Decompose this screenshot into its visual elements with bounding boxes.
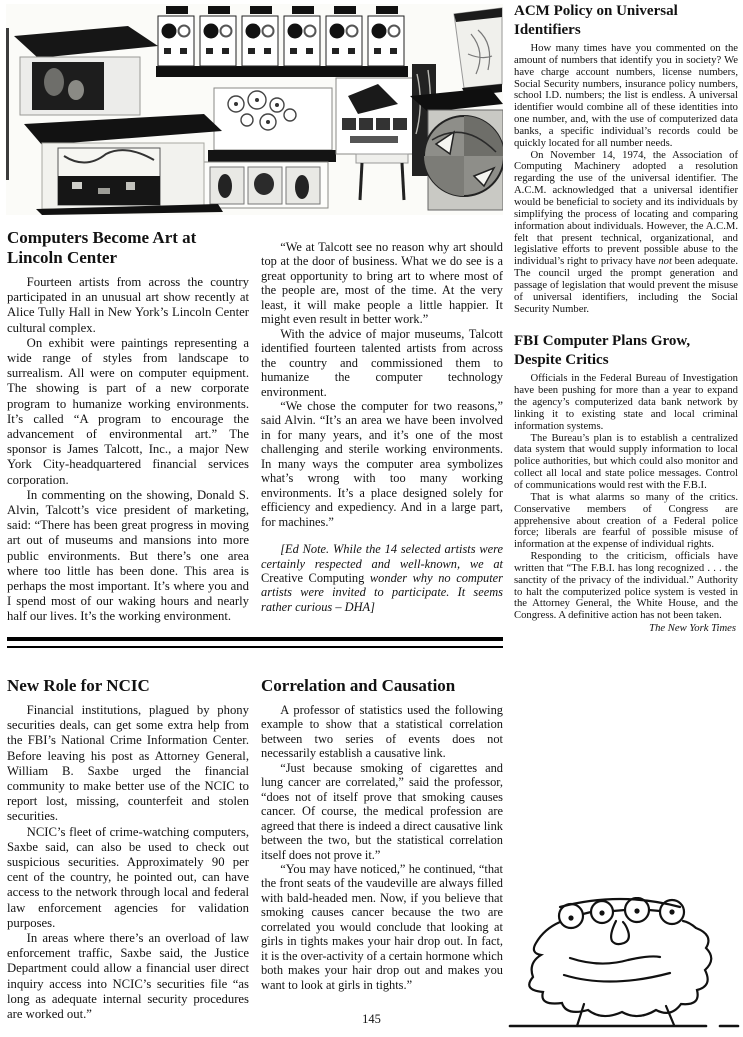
source-attribution: The New York Times: [514, 623, 736, 635]
fbi-paragraph: The Bureau’s plan is to establish a cent…: [514, 433, 738, 492]
magazine-page: Computers Become Art at Lincoln Center F…: [0, 0, 743, 1037]
lincoln-paragraph: “We at Talcott see no reason why art sho…: [261, 240, 503, 327]
exhibit-photo: [6, 4, 503, 215]
lincoln-paragraph: With the advice of major museums, Talcot…: [261, 327, 503, 399]
page-number: 145: [0, 1012, 743, 1027]
ncic-paragraph: Financial institutions, plagued by phony…: [7, 703, 249, 825]
lincoln-paragraph: On exhibit were paintings representing a…: [7, 336, 249, 488]
exhibit-photo-graphic: [6, 4, 503, 215]
article-correlation: Correlation and Causation A professor of…: [261, 676, 503, 992]
editor-note-brand: Creative Computing: [261, 571, 364, 585]
acm-paragraph: How many times have you commented on the…: [514, 43, 738, 150]
article-acm: ACM Policy on Universal Identifiers How …: [514, 2, 738, 315]
lincoln-paragraph: Fourteen artists from across the country…: [7, 275, 249, 336]
article-fbi: FBI Computer Plans Grow, Despite Critics…: [514, 332, 738, 635]
lincoln-paragraph: In commenting on the showing, Donald S. …: [7, 488, 249, 625]
article-ncic: New Role for NCIC Financial institutions…: [7, 676, 249, 1022]
acm-paragraph: On November 14, 1974, the Association of…: [514, 150, 738, 316]
lincoln-paragraph: “We chose the computer for two reasons,”…: [261, 399, 503, 529]
right-column: ACM Policy on Universal Identifiers How …: [514, 2, 738, 635]
editor-note-text: [Ed Note. While the 14 selected artists …: [261, 542, 503, 570]
correlation-paragraph: “You may have noticed,” he continued, “t…: [261, 862, 503, 992]
correlation-paragraph: “Just because smoking of cigarettes and …: [261, 761, 503, 862]
editor-note: [Ed Note. While the 14 selected artists …: [261, 542, 503, 614]
section-divider-rule: [7, 637, 503, 648]
lincoln-title: Computers Become Art at Lincoln Center: [7, 228, 249, 268]
ncic-paragraph: NCIC’s fleet of crime-watching computers…: [7, 825, 249, 931]
article-lincoln-col1: Computers Become Art at Lincoln Center F…: [7, 228, 249, 625]
article-lincoln-col2: “We at Talcott see no reason why art sho…: [261, 240, 503, 614]
acm-paragraph-emphasis: not: [658, 256, 672, 267]
fbi-paragraph: Officials in the Federal Bureau of Inves…: [514, 373, 738, 432]
fbi-paragraph: That is what alarms so many of the criti…: [514, 492, 738, 551]
fbi-paragraph: Responding to the criticism, officials h…: [514, 551, 738, 622]
acm-title: ACM Policy on Universal Identifiers: [514, 2, 738, 39]
correlation-title: Correlation and Causation: [261, 676, 503, 696]
correlation-paragraph: A professor of statistics used the follo…: [261, 703, 503, 761]
ncic-title: New Role for NCIC: [7, 676, 249, 696]
fbi-title: FBI Computer Plans Grow, Despite Critics: [514, 332, 738, 369]
acm-paragraph-text: On November 14, 1974, the Association of…: [514, 150, 738, 268]
ncic-paragraph: In areas where there’s an overload of la…: [7, 931, 249, 1022]
